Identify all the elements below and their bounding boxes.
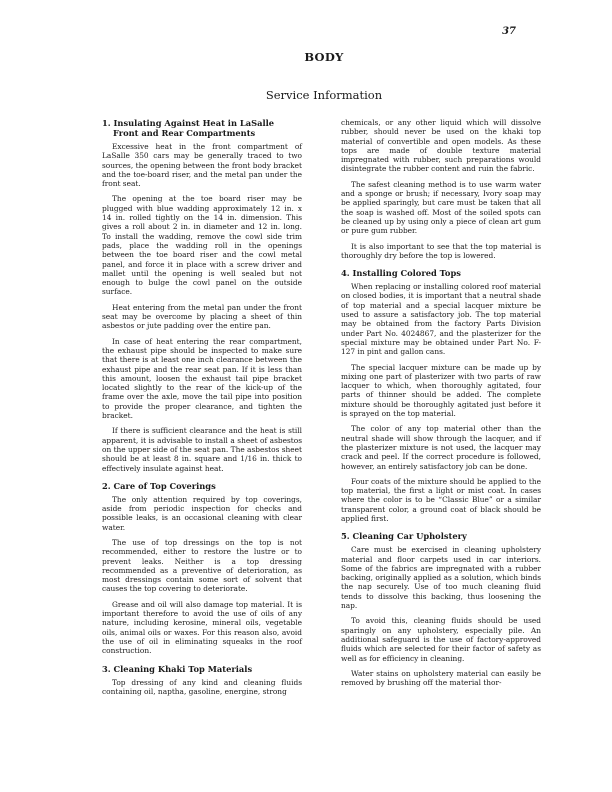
section-title: Service Information bbox=[0, 88, 612, 102]
paragraph-continued: chemicals, or any other liquid which wil… bbox=[341, 118, 541, 174]
paragraph: Grease and oil will also damage top mate… bbox=[102, 600, 302, 656]
paragraph: The safest cleaning method is to use war… bbox=[341, 180, 541, 236]
heading-cleaning-car-upholstery: 5. Cleaning Car Upholstery bbox=[341, 531, 541, 541]
paragraph: When replacing or installing colored roo… bbox=[341, 282, 541, 356]
heading-cleaning-khaki-top: 3. Cleaning Khaki Top Materials bbox=[102, 664, 302, 674]
heading-insulating-against-heat: 1. Insulating Against Heat in LaSalle Fr… bbox=[102, 118, 302, 138]
left-column: 1. Insulating Against Heat in LaSalle Fr… bbox=[102, 118, 302, 702]
page-number: 37 bbox=[502, 26, 516, 37]
paragraph: To avoid this, cleaning fluids should be… bbox=[341, 616, 541, 662]
paragraph: Heat entering from the metal pan under t… bbox=[102, 303, 302, 331]
paragraph: Four coats of the mixture should be appl… bbox=[341, 477, 541, 523]
paragraph: Water stains on upholstery material can … bbox=[341, 669, 541, 688]
right-column: chemicals, or any other liquid which wil… bbox=[341, 118, 541, 693]
paragraph: The color of any top material other than… bbox=[341, 424, 541, 470]
paragraph: The special lacquer mixture can be made … bbox=[341, 363, 541, 419]
paragraph: The opening at the toe board riser may b… bbox=[102, 194, 302, 296]
heading-care-of-top-coverings: 2. Care of Top Coverings bbox=[102, 481, 302, 491]
paragraph: Excessive heat in the front compartment … bbox=[102, 142, 302, 188]
paragraph: In case of heat entering the rear compar… bbox=[102, 337, 302, 421]
page-title: BODY bbox=[0, 50, 612, 64]
paragraph: The only attention required by top cover… bbox=[102, 495, 302, 532]
paragraph: If there is sufficient clearance and the… bbox=[102, 426, 302, 472]
paragraph: The use of top dressings on the top is n… bbox=[102, 538, 302, 594]
heading-installing-colored-tops: 4. Installing Colored Tops bbox=[341, 268, 541, 278]
paragraph: Care must be exercised in cleaning uphol… bbox=[341, 545, 541, 610]
paragraph: It is also important to see that the top… bbox=[341, 242, 541, 261]
paragraph: Top dressing of any kind and cleaning fl… bbox=[102, 678, 302, 697]
